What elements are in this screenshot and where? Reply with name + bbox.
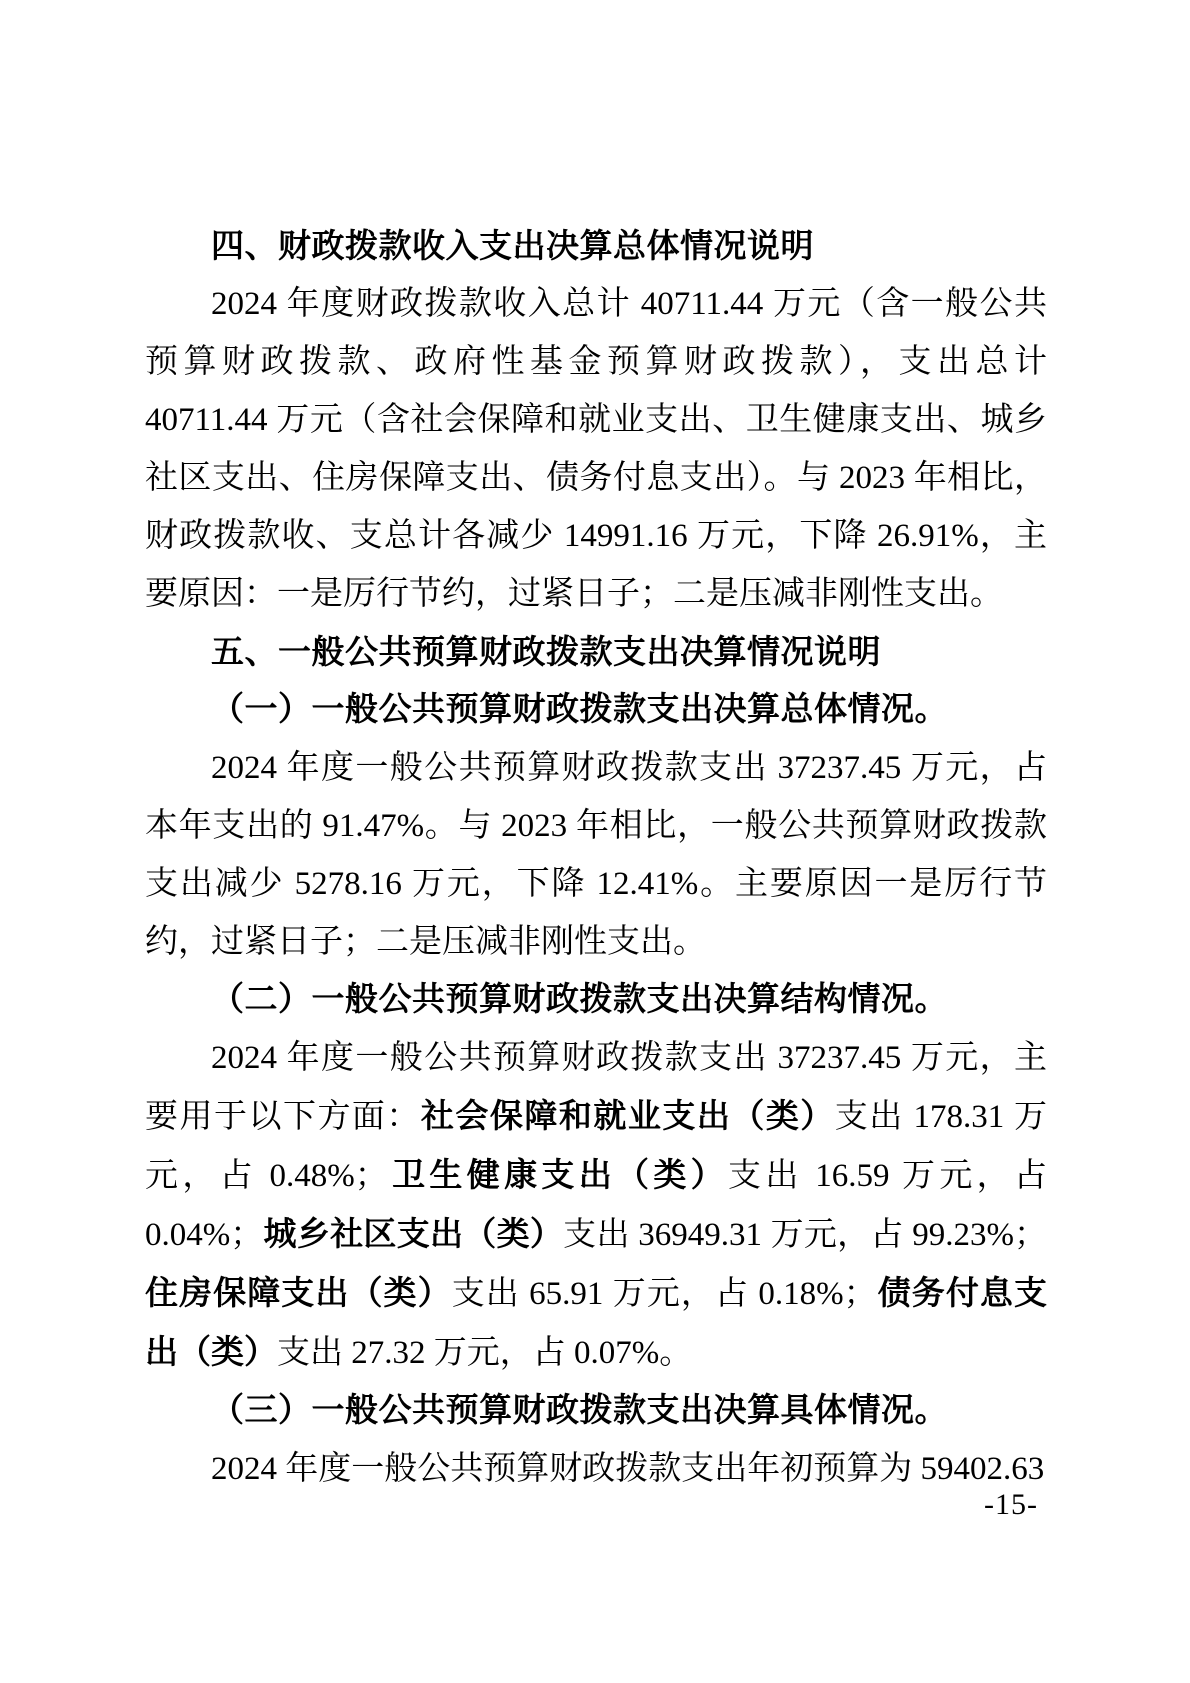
text-run-bold-housing-security: 住房保障支出（类） [145,1274,452,1311]
text-run: 2024 年度财政拨款收入总计 40711.44 万元（含一般公共预算财政拨款、… [145,286,1047,612]
section-heading-4: 四、财政拨款收入支出决算总体情况说明 [145,217,1047,275]
text-run: 2024 年度一般公共预算财政拨款支出 37237.45 万元，占本年支出的 9… [145,750,1047,960]
text-run-bold-health: 卫生健康支出（类） [388,1156,728,1193]
text-run: 支出 36949.31 万元，占 99.23%； [563,1217,1047,1253]
paragraph-fiscal-appropriation-total: 2024 年度财政拨款收入总计 40711.44 万元（含一般公共预算财政拨款、… [145,275,1047,623]
page-number: -15- [984,1488,1038,1522]
subsection-heading-5-3: （三）一般公共预算财政拨款支出决算具体情况。 [145,1382,1047,1440]
text-run-bold-urban-rural-community: 城乡社区支出（类） [263,1215,563,1252]
text-run-bold-social-security: 社会保障和就业支出（类） [421,1097,835,1134]
section-heading-5: 五、一般公共预算财政拨款支出决算情况说明 [145,623,1047,681]
paragraph-general-budget-overall: 2024 年度一般公共预算财政拨款支出 37237.45 万元，占本年支出的 9… [145,739,1047,971]
subsection-heading-5-1: （一）一般公共预算财政拨款支出决算总体情况。 [145,681,1047,739]
text-run: 支出 27.32 万元，占 0.07%。 [277,1335,692,1371]
paragraph-expenditure-structure: 2024 年度一般公共预算财政拨款支出 37237.45 万元，主要用于以下方面… [145,1029,1047,1382]
document-page: 四、财政拨款收入支出决算总体情况说明 2024 年度财政拨款收入总计 40711… [0,0,1190,1683]
text-run: 支出 65.91 万元，占 0.18%； [452,1276,877,1312]
text-run: 2024 年度一般公共预算财政拨款支出年初预算为 59402.63 [211,1451,1044,1487]
document-body: 四、财政拨款收入支出决算总体情况说明 2024 年度财政拨款收入总计 40711… [145,217,1047,1498]
subsection-heading-5-2: （二）一般公共预算财政拨款支出决算结构情况。 [145,971,1047,1029]
paragraph-specific-situation: 2024 年度一般公共预算财政拨款支出年初预算为 59402.63 [145,1440,1047,1498]
